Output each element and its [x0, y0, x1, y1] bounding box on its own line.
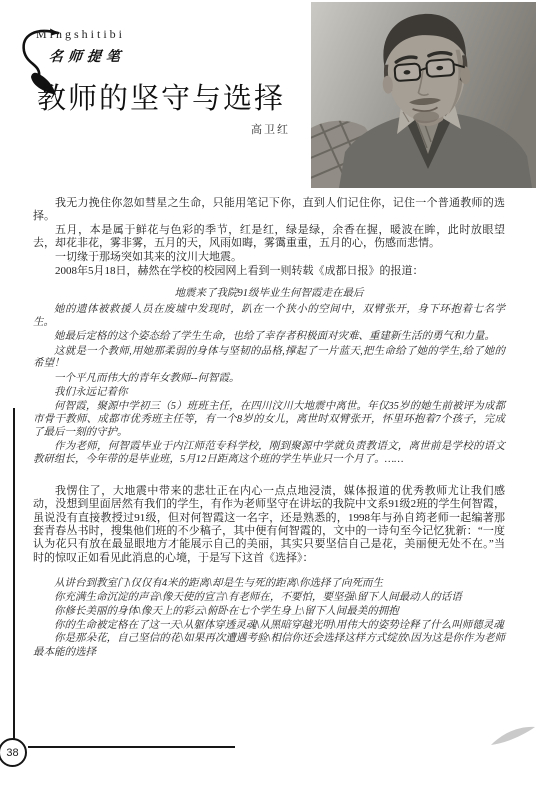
portrait-photo — [311, 2, 536, 188]
news-report-quote: 地震来了我院91级毕业生何智霞走在最后 她的遗体被救援人员在废墟中发现时，趴在一… — [33, 288, 505, 466]
intro-paragraph: 五月，本是属于鲜花与色彩的季节，红是红，绿是绿，余香在握，暖波在眸，此时放眼望去… — [33, 224, 505, 250]
intro-paragraph: 我无力挽住你忽如彗星之生命，只能用笔记下你，直到人们记住你，记住一个普通教师的选… — [33, 197, 505, 223]
quote-paragraph: 一个平凡而伟大的青年女教师--何智霞。 — [33, 373, 505, 386]
intro-paragraph: 一切缘于那场突如其来的汶川大地震。 — [33, 251, 505, 264]
quote-paragraph: 作为老师，何智霞毕业于内江师范专科学校，刚到聚源中学就负责教语文，离世前是学校的… — [33, 441, 505, 467]
quote-paragraph: 何智霞，聚源中学初三（5）班班主任，在四川汶川大地震中离世。年仅35岁的她生前被… — [33, 401, 505, 439]
article-body: 我无力挽住你忽如彗星之生命，只能用笔记下你，直到人们记住你，记住一个普通教师的选… — [33, 197, 505, 660]
quote-paragraph: 我们永远记着你 — [33, 387, 505, 400]
quote-paragraph: 这就是一个教师,用她那柔弱的身体与坚韧的品格,撑起了一片蓝天,把生命给了她的学生… — [33, 346, 505, 372]
poem-line: 你是那朵花，自己坚信的花\如果再次遭遇考验\相信你还会选择这样方式绽放\因为这是… — [33, 632, 505, 660]
page-number: 38 — [6, 747, 18, 759]
page-number-badge: 38 — [0, 738, 27, 767]
reflection-section: 我愣住了，大地震中带来的悲壮正在内心一点点地浸渍，媒体报道的优秀教师尤让我们感动… — [33, 485, 505, 565]
corner-swoosh-icon — [490, 724, 536, 750]
masthead-english: Mingshitibi — [36, 27, 125, 42]
magazine-page: Mingshitibi 名师提笔 教师的坚守与选择 高卫红 — [0, 0, 536, 800]
reflection-paragraph: 我愣住了，大地震中带来的悲壮正在内心一点点地浸渍，媒体报道的优秀教师尤让我们感动… — [33, 485, 505, 565]
quote-headline: 地震来了我院91级毕业生何智霞走在最后 — [33, 288, 505, 301]
footer-rule — [28, 746, 235, 748]
poem-section: 从讲台到教室门\仅仅有4米的距离\却是生与死的距离\你选择了向死而生 你充满生命… — [33, 577, 505, 660]
masthead-chinese: 名师提笔 — [48, 46, 126, 66]
quote-paragraph: 她的遗体被救援人员在废墟中发现时，趴在一个狭小的空间中，双臂张开，身下环抱着七名… — [33, 304, 505, 330]
poem-line: 你的生命被定格在了这一天\从躯体穿透灵魂\从黑暗穿越光明\用伟大的姿势诠释了什么… — [33, 619, 505, 633]
article-title: 教师的坚守与选择 — [37, 76, 297, 117]
intro-paragraph: 2008年5月18日，赫然在学校的校园网上看到一则转载《成都日报》的报道： — [33, 265, 505, 278]
article-author: 高卫红 — [150, 121, 290, 137]
poem-line: 你充满生命沉淀的声音\像天使的宣言\有老师在，不要怕，要坚强\留下人间最动人的话… — [33, 591, 505, 605]
left-margin-rule — [13, 408, 15, 739]
quote-paragraph: 她最后定格的这个姿态给了学生生命，也给了幸存者积极面对灾难、重建新生活的勇气和力… — [33, 331, 505, 344]
intro-section: 我无力挽住你忽如彗星之生命，只能用笔记下你，直到人们记住你，记住一个普通教师的选… — [33, 197, 505, 277]
poem-line: 从讲台到教室门\仅仅有4米的距离\却是生与死的距离\你选择了向死而生 — [33, 577, 505, 591]
poem-line: 你修长美丽的身体\像天上的彩云\俯卧在七个学生身上\留下人间最美的拥抱 — [33, 605, 505, 619]
